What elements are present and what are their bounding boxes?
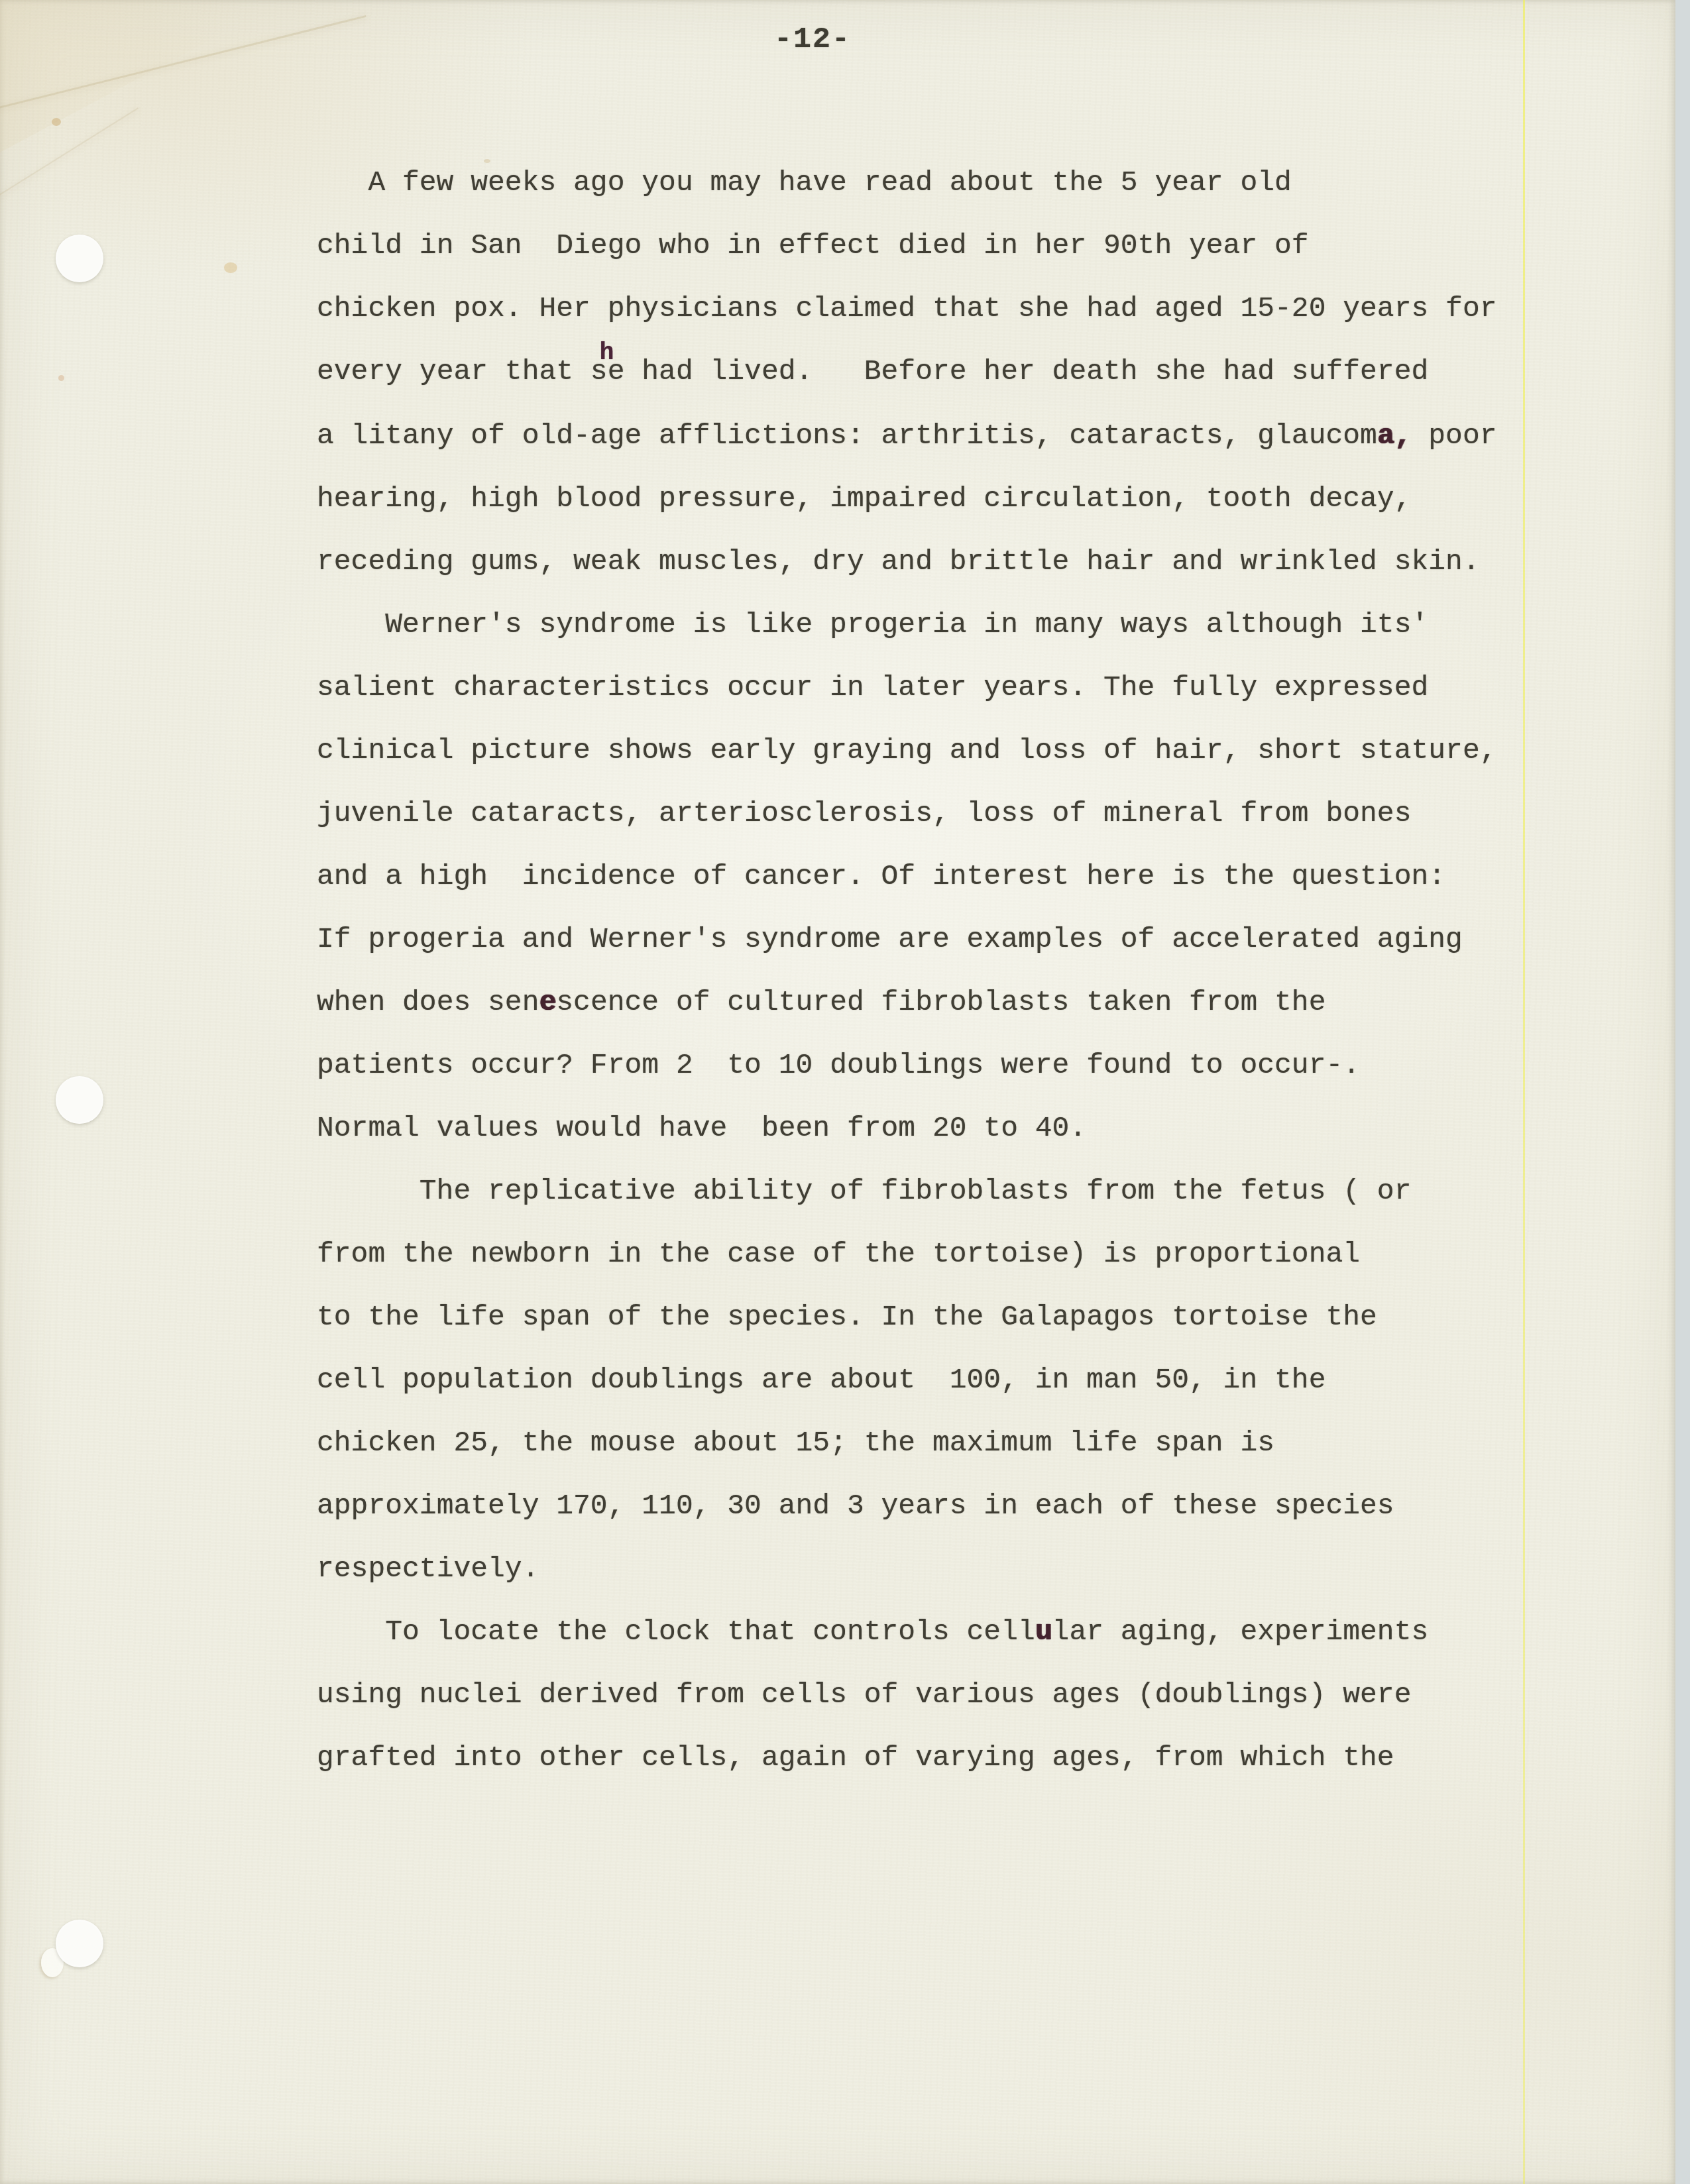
typed-line: child in San Diego who in effect died in… (317, 214, 1497, 277)
typed-line: grafted into other cells, again of varyi… (317, 1726, 1497, 1789)
typed-line: The replicative ability of fibroblasts f… (317, 1160, 1497, 1223)
typed-line: salient characteristics occur in later y… (317, 656, 1497, 719)
paper-speck (52, 118, 61, 126)
typed-line: when does senescence of cultured fibrobl… (317, 971, 1497, 1034)
typed-line: juvenile cataracts, arteriosclerosis, lo… (317, 782, 1497, 845)
typed-line: chicken 25, the mouse about 15; the maxi… (317, 1411, 1497, 1474)
page-number: -12- (774, 23, 851, 56)
typed-segment: If progeria and Werner's syndrome are ex… (317, 923, 1463, 955)
typed-segment: from the newborn in the case of the tort… (317, 1238, 1360, 1270)
typed-segment: salient characteristics occur in later y… (317, 671, 1428, 704)
typed-segment: Normal values would have been from 20 to… (317, 1112, 1086, 1144)
typed-line: respectively. (317, 1537, 1497, 1600)
paper-speck (58, 375, 64, 381)
typed-segment: poor (1411, 419, 1496, 452)
corner-fold-shade (0, 0, 285, 152)
typed-segment: The replicative ability of fibroblasts f… (420, 1175, 1412, 1207)
typed-segment: juvenile cataracts, arteriosclerosis, lo… (317, 797, 1411, 830)
typed-segment: child in San Diego who in effect died in… (317, 229, 1309, 262)
punch-hole (56, 1076, 103, 1124)
paper-speck (224, 262, 237, 273)
typed-segment: cell population doublings are about 100,… (317, 1364, 1325, 1396)
paper-sheet: -12- A few weeks ago you may have read a… (0, 0, 1675, 2184)
typed-line: receding gums, weak muscles, dry and bri… (317, 530, 1497, 593)
typed-segment: To locate the clock that controls cell (385, 1615, 1035, 1648)
typed-segment: chicken 25, the mouse about 15; the maxi… (317, 1427, 1274, 1459)
typed-line: chicken pox. Her physicians claimed that… (317, 277, 1497, 340)
typed-segment: clinical picture shows early graying and… (317, 734, 1497, 767)
typed-correction: a, (1377, 419, 1412, 452)
typed-line: from the newborn in the case of the tort… (317, 1223, 1497, 1285)
typed-segment: to the life span of the species. In the … (317, 1301, 1377, 1333)
typed-line: If progeria and Werner's syndrome are ex… (317, 908, 1497, 971)
typed-segment: respectively. (317, 1553, 539, 1585)
typed-line: every year that she had lived. Before he… (317, 340, 1497, 404)
typed-segment: grafted into other cells, again of varyi… (317, 1741, 1394, 1774)
typed-segment: and a high incidence of cancer. Of inter… (317, 860, 1445, 893)
typed-line: cell population doublings are about 100,… (317, 1348, 1497, 1411)
typed-line: A few weeks ago you may have read about … (317, 151, 1497, 214)
typed-line: To locate the clock that controls cellul… (317, 1600, 1497, 1663)
scanned-document: -12- A few weeks ago you may have read a… (0, 0, 1690, 2184)
typed-segment: chicken pox. Her physicians claimed that… (317, 292, 1497, 325)
typed-line: using nuclei derived from cells of vario… (317, 1663, 1497, 1726)
typed-segment: Werner's syndrome is like progeria in ma… (385, 608, 1428, 641)
typed-line: approximately 170, 110, 30 and 3 years i… (317, 1474, 1497, 1537)
punch-hole (56, 235, 103, 282)
typed-segment: approximately 170, 110, 30 and 3 years i… (317, 1490, 1394, 1522)
typed-segment: hearing, high blood pressure, impaired c… (317, 482, 1411, 515)
typed-line: and a high incidence of cancer. Of inter… (317, 845, 1497, 908)
typed-line: patients occur? From 2 to 10 doublings w… (317, 1034, 1497, 1097)
typed-segment: every year that s (317, 355, 608, 388)
typed-segment: receding gums, weak muscles, dry and bri… (317, 545, 1480, 578)
typed-segment: using nuclei derived from cells of vario… (317, 1678, 1411, 1711)
typed-line: Werner's syndrome is like progeria in ma… (317, 593, 1497, 656)
typed-segment: a litany of old-age afflictions: arthrit… (317, 419, 1377, 452)
typed-segment: when does sen (317, 986, 539, 1018)
punch-hole (56, 1920, 103, 1967)
typed-segment: e had lived. Before her death she had su… (608, 355, 1429, 388)
typed-line: clinical picture shows early graying and… (317, 719, 1497, 782)
typed-text-body: A few weeks ago you may have read about … (317, 151, 1497, 1789)
typed-correction: u (1035, 1615, 1052, 1648)
typed-correction: e (539, 986, 556, 1018)
typed-line: Normal values would have been from 20 to… (317, 1097, 1497, 1160)
typed-segment: patients occur? From 2 to 10 doublings w… (317, 1049, 1360, 1081)
typed-line: to the life span of the species. In the … (317, 1285, 1497, 1348)
typed-segment: scence of cultured fibroblasts taken fro… (556, 986, 1325, 1018)
highlighter-line (1523, 0, 1525, 2184)
typed-line: hearing, high blood pressure, impaired c… (317, 467, 1497, 530)
typed-segment: lar aging, experiments (1052, 1615, 1429, 1648)
typed-line: a litany of old-age afflictions: arthrit… (317, 404, 1497, 467)
typed-segment: A few weeks ago you may have read about … (368, 166, 1291, 199)
